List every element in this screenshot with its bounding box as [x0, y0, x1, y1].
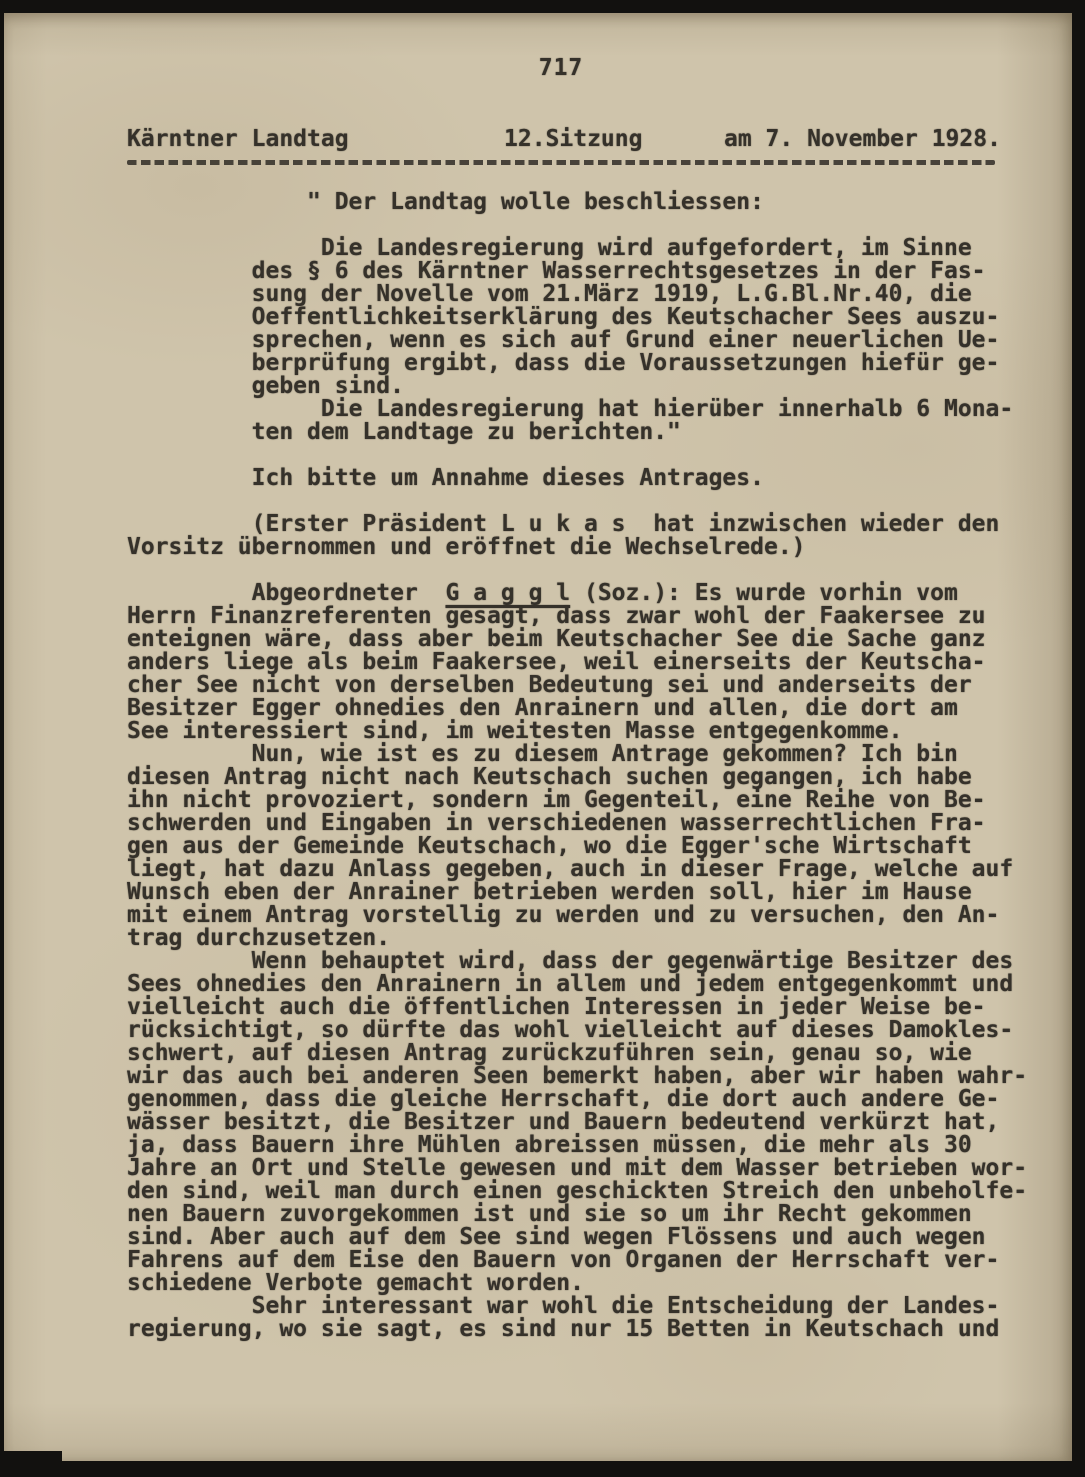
text-block: 717 Kärntner Landtag12.Sitzungam 7. Nove…: [127, 57, 1062, 1341]
document-page: 717 Kärntner Landtag12.Sitzungam 7. Nove…: [4, 13, 1072, 1461]
speech-paragraph-3: Wenn behauptet wird, dass der gegenwärti…: [127, 950, 1062, 1295]
speech-gaggl: Abgeordneter G a g g l (Soz.): Es wurde …: [127, 582, 1062, 743]
scan-background: 717 Kärntner Landtag12.Sitzungam 7. Nove…: [0, 0, 1085, 1477]
motion-quote-opening: " Der Landtag wolle beschliessen:: [127, 191, 1062, 214]
speech-body-1: (Soz.): Es wurde vorhin vom Herrn Finanz…: [127, 580, 986, 744]
stage-direction: (Erster Präsident L u k a s hat inzwisch…: [127, 513, 1062, 559]
closing-request: Ich bitte um Annahme dieses Antrages.: [127, 467, 1062, 490]
motion-text: Die Landesregierung wird aufgefordert, i…: [127, 237, 1062, 398]
header-parliament-title: Kärntner Landtag: [127, 128, 349, 151]
dashed-separator: [127, 160, 995, 165]
page-header: Kärntner Landtag12.Sitzungam 7. November…: [127, 128, 1062, 151]
scan-corner-notch: [4, 1451, 62, 1461]
header-session-date: am 7. November 1928.: [724, 128, 1001, 151]
speech-paragraph-2: Nun, wie ist es zu diesem Antrage gekomm…: [127, 743, 1062, 950]
speech-paragraph-4: Sehr interessant war wohl die Entscheidu…: [127, 1295, 1062, 1341]
motion-report-clause: Die Landesregierung hat hierüber innerha…: [127, 398, 1062, 444]
page-number: 717: [127, 57, 995, 80]
header-session-number: 12.Sitzung: [504, 128, 642, 151]
